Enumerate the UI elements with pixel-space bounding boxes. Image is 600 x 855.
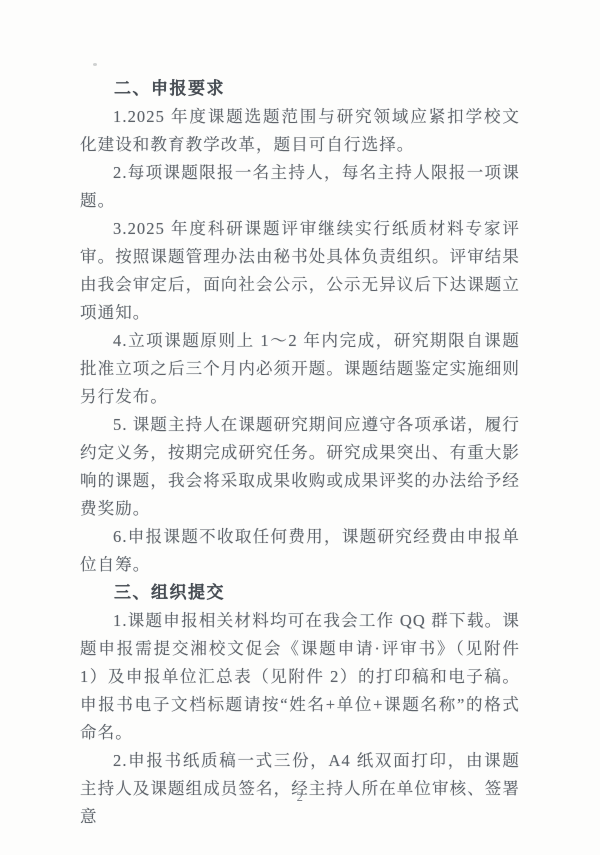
page-number: 2 bbox=[0, 790, 600, 805]
document-page: 二、申报要求1.2025 年度课题选题范围与研究领域应紧扣学校文化建设和教育教学… bbox=[0, 0, 600, 855]
document-content: 二、申报要求1.2025 年度课题选题范围与研究领域应紧扣学校文化建设和教育教学… bbox=[80, 75, 520, 831]
paragraph: 3.2025 年度科研课题评审继续实行纸质材料专家评审。按照课题管理办法由秘书处… bbox=[80, 215, 520, 327]
paragraph: 4.立项课题原则上 1～2 年内完成，研究期限自课题批准立项之后三个月内必须开题… bbox=[80, 327, 520, 411]
paragraph: 2.每项课题限报一名主持人，每名主持人限报一项课题。 bbox=[80, 159, 520, 215]
paragraph: 5. 课题主持人在课题研究期间应遵守各项承诺，履行约定义务，按期完成研究任务。研… bbox=[80, 411, 520, 523]
paragraph: 2.申报书纸质稿一式三份，A4 纸双面打印，由课题主持人及课题组成员签名，经主持… bbox=[80, 747, 520, 831]
scan-artifact bbox=[93, 63, 97, 66]
section-heading: 二、申报要求 bbox=[80, 75, 520, 103]
section-heading: 三、组织提交 bbox=[80, 579, 520, 607]
paragraph: 1.课题申报相关材料均可在我会工作 QQ 群下载。课题申报需提交湘校文促会《课题… bbox=[80, 607, 520, 747]
paragraph: 1.2025 年度课题选题范围与研究领域应紧扣学校文化建设和教育教学改革，题目可… bbox=[80, 103, 520, 159]
paragraph: 6.申报课题不收取任何费用，课题研究经费由申报单位自筹。 bbox=[80, 523, 520, 579]
